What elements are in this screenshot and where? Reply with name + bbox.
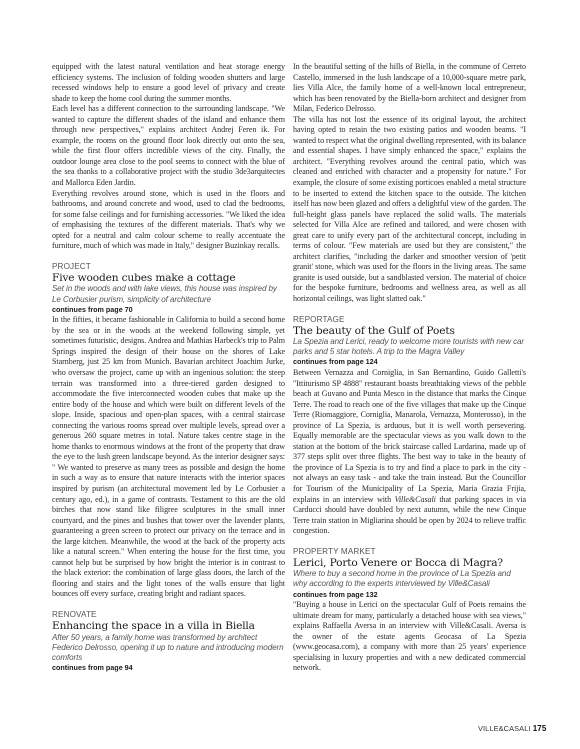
right-column: In the beautiful setting of the hills of… bbox=[293, 62, 526, 674]
page-number: 175 bbox=[533, 724, 547, 733]
body-paragraph: In the beautiful setting of the hills of… bbox=[293, 62, 526, 115]
article-renovate: RENOVATE Enhancing the space in a villa … bbox=[52, 610, 285, 674]
section-kicker: REPORTAGE bbox=[293, 315, 526, 325]
continues-from-page: continues from page 132 bbox=[293, 590, 526, 601]
magazine-name-italic: Ville&Casali bbox=[395, 495, 436, 504]
article-reportage: REPORTAGE The beauty of the Gulf of Poet… bbox=[293, 315, 526, 537]
body-paragraph: Each level has a different connection to… bbox=[52, 104, 285, 188]
continues-from-page: continues from page 124 bbox=[293, 357, 526, 368]
article-title: Enhancing the space in a villa in Biella bbox=[52, 620, 285, 633]
page-footer: VILLE&CASALI 175 bbox=[478, 724, 546, 733]
article-title: Five wooden cubes make a cottage bbox=[52, 272, 285, 285]
article-project: PROJECT Five wooden cubes make a cottage… bbox=[52, 262, 285, 600]
body-paragraph: equipped with the latest natural ventila… bbox=[52, 62, 285, 104]
body-paragraph: Everything revolves around stone, which … bbox=[52, 189, 285, 252]
magazine-name: VILLE&CASALI bbox=[478, 724, 531, 733]
article-title: Lerici, Porto Venere or Bocca di Magra? bbox=[293, 557, 526, 570]
article-body: In the fifties, it became fashionable in… bbox=[52, 315, 285, 600]
article-subtitle: Where to buy a second home in the provin… bbox=[293, 569, 526, 589]
article-subtitle: La Spezia and Lerici, ready to welcome m… bbox=[293, 337, 526, 357]
section-kicker: PROJECT bbox=[52, 262, 285, 272]
article-subtitle: After 50 years, a family home was transf… bbox=[52, 633, 285, 664]
article-body: Between Vernazza and Corniglia, in San B… bbox=[293, 368, 526, 537]
body-paragraph: The villa has not lost the essence of it… bbox=[293, 115, 526, 305]
article-property-market: PROPERTY MARKET Lerici, Porto Venere or … bbox=[293, 547, 526, 674]
left-column: equipped with the latest natural ventila… bbox=[52, 62, 285, 674]
body-text: Between Vernazza and Corniglia, in San B… bbox=[293, 368, 526, 504]
article-title: The beauty of the Gulf of Poets bbox=[293, 325, 526, 338]
continues-from-page: continues from page 94 bbox=[52, 663, 285, 674]
section-kicker: RENOVATE bbox=[52, 610, 285, 620]
section-kicker: PROPERTY MARKET bbox=[293, 547, 526, 557]
article-body: "Buying a house in Lerici on the spectac… bbox=[293, 600, 526, 674]
article-subtitle: Set in the woods and with lake views, th… bbox=[52, 284, 285, 304]
continues-from-page: continues from page 70 bbox=[52, 305, 285, 316]
